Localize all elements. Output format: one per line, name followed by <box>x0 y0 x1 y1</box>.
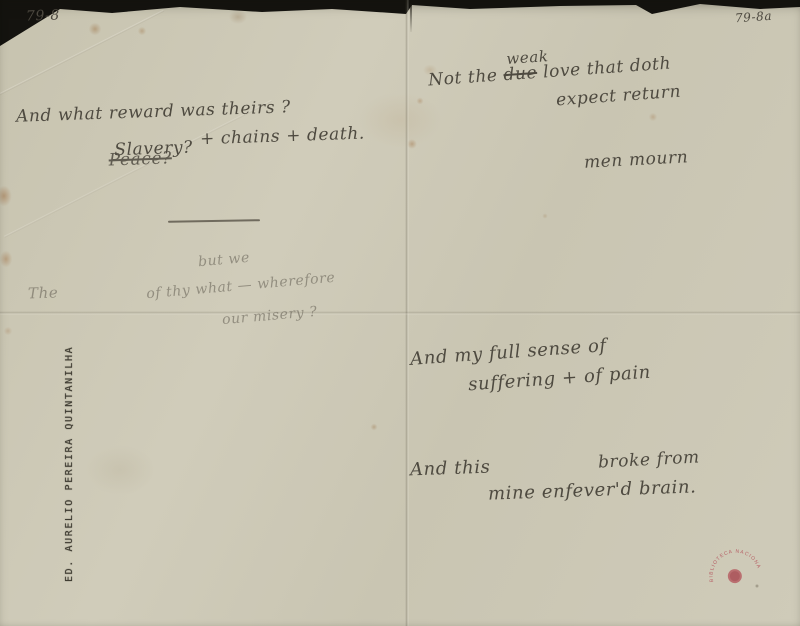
archive-number-left: 79-8 <box>26 7 60 24</box>
verse-bottom-left: And this <box>410 457 491 481</box>
faint-side-word: The <box>28 283 59 302</box>
top-edge-tear <box>410 4 412 32</box>
horizontal-fold-crease <box>0 311 800 315</box>
library-seal-stamp: BIBLIOTECA NACIONAL <box>701 538 770 607</box>
struck-word: due <box>503 63 538 85</box>
archive-number-right: 79-8a <box>735 9 773 26</box>
overwritten-word-group: Peace? Slavery? <box>108 144 194 147</box>
typed-ownership-stamp: ED. AURELIO PEREIRA QUINTANILHA <box>64 346 75 582</box>
scanned-manuscript-page: { "page": { "archive_label_left": "79-8"… <box>0 0 800 626</box>
inserted-word-group: weak due <box>503 63 538 85</box>
correction-word: Slavery? <box>114 138 193 161</box>
